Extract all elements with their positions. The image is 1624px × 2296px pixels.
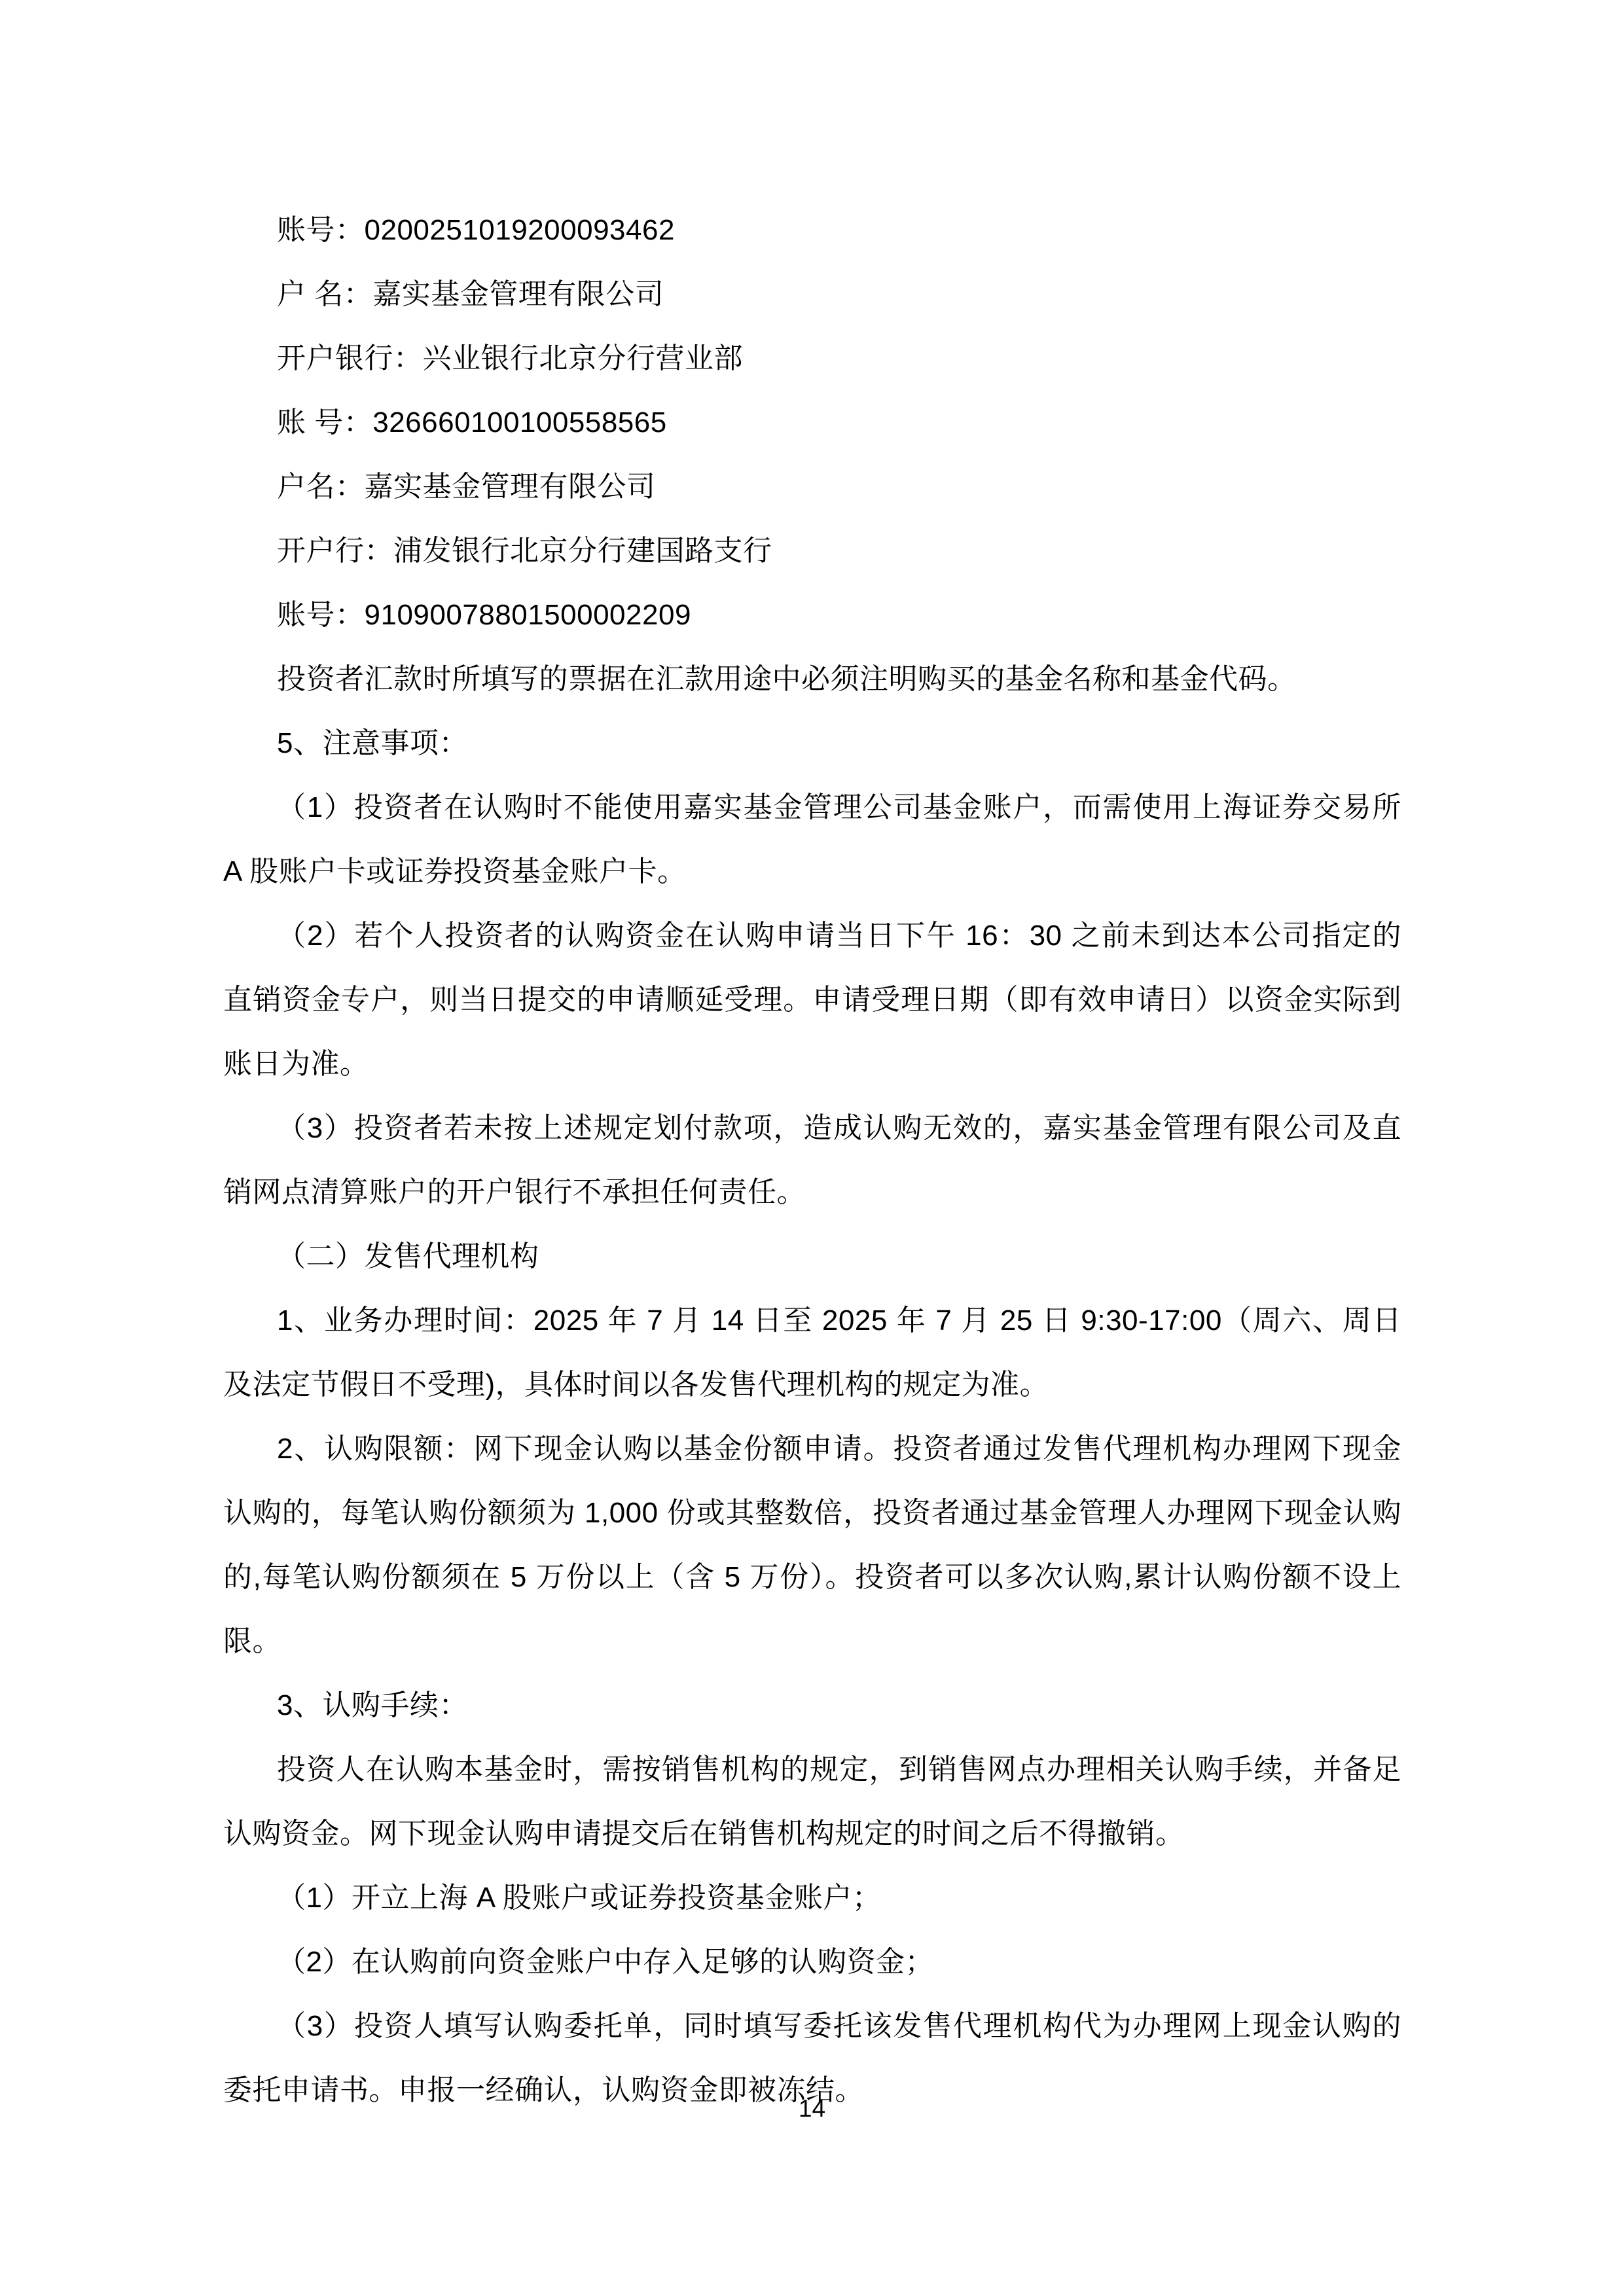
text-line: 账号：91090078801500002209 (223, 583, 1401, 647)
text-line: 账日为准。 (223, 1032, 1401, 1096)
text-line: （3）投资者若未按上述规定划付款项，造成认购无效的，嘉实基金管理有限公司及直 (223, 1096, 1401, 1160)
text-line: 户 名：嘉实基金管理有限公司 (223, 262, 1401, 327)
text-line: （二）发售代理机构 (223, 1225, 1401, 1289)
text-line: 销网点清算账户的开户银行不承担任何责任。 (223, 1160, 1401, 1225)
page-number: 14 (0, 2093, 1624, 2125)
text-line: 2、认购限额：网下现金认购以基金份额申请。投资者通过发售代理机构办理网下现金 (223, 1417, 1401, 1481)
text-line: 1、业务办理时间：2025 年 7 月 14 日至 2025 年 7 月 25 … (223, 1289, 1401, 1353)
document-body: 账号：0200251019200093462 户 名：嘉实基金管理有限公司 开户… (223, 198, 1401, 2123)
text-line: 5、注意事项： (223, 711, 1401, 776)
text-line: 账号：0200251019200093462 (223, 198, 1401, 262)
text-line: 的,每笔认购份额须在 5 万份以上（含 5 万份）。投资者可以多次认购,累计认购… (223, 1545, 1401, 1609)
document-page: 账号：0200251019200093462 户 名：嘉实基金管理有限公司 开户… (0, 0, 1624, 2296)
text-line: 户名：嘉实基金管理有限公司 (223, 455, 1401, 519)
text-line: （3）投资人填写认购委托单，同时填写委托该发售代理机构代为办理网上现金认购的 (223, 1994, 1401, 2058)
text-line: 认购的，每笔认购份额须为 1,000 份或其整数倍，投资者通过基金管理人办理网下… (223, 1481, 1401, 1545)
text-line: 直销资金专户，则当日提交的申请顺延受理。申请受理日期（即有效申请日）以资金实际到 (223, 968, 1401, 1032)
text-line: 限。 (223, 1609, 1401, 1674)
text-line: 开户银行：兴业银行北京分行营业部 (223, 327, 1401, 391)
text-line: 账 号：326660100100558565 (223, 391, 1401, 455)
text-line: （2）在认购前向资金账户中存入足够的认购资金； (223, 1930, 1401, 1994)
text-line: （2）若个人投资者的认购资金在认购申请当日下午 16：30 之前未到达本公司指定… (223, 904, 1401, 968)
text-line: 开户行：浦发银行北京分行建国路支行 (223, 519, 1401, 583)
text-line: 投资人在认购本基金时，需按销售机构的规定，到销售网点办理相关认购手续，并备足 (223, 1738, 1401, 1802)
text-line: A 股账户卡或证券投资基金账户卡。 (223, 840, 1401, 904)
text-line: 及法定节假日不受理)，具体时间以各发售代理机构的规定为准。 (223, 1353, 1401, 1417)
text-line: （1）投资者在认购时不能使用嘉实基金管理公司基金账户，而需使用上海证券交易所 (223, 776, 1401, 840)
text-line: 投资者汇款时所填写的票据在汇款用途中必须注明购买的基金名称和基金代码。 (223, 647, 1401, 711)
text-line: 认购资金。网下现金认购申请提交后在销售机构规定的时间之后不得撤销。 (223, 1802, 1401, 1866)
text-line: 3、认购手续： (223, 1674, 1401, 1738)
text-line: （1）开立上海 A 股账户或证券投资基金账户； (223, 1866, 1401, 1930)
